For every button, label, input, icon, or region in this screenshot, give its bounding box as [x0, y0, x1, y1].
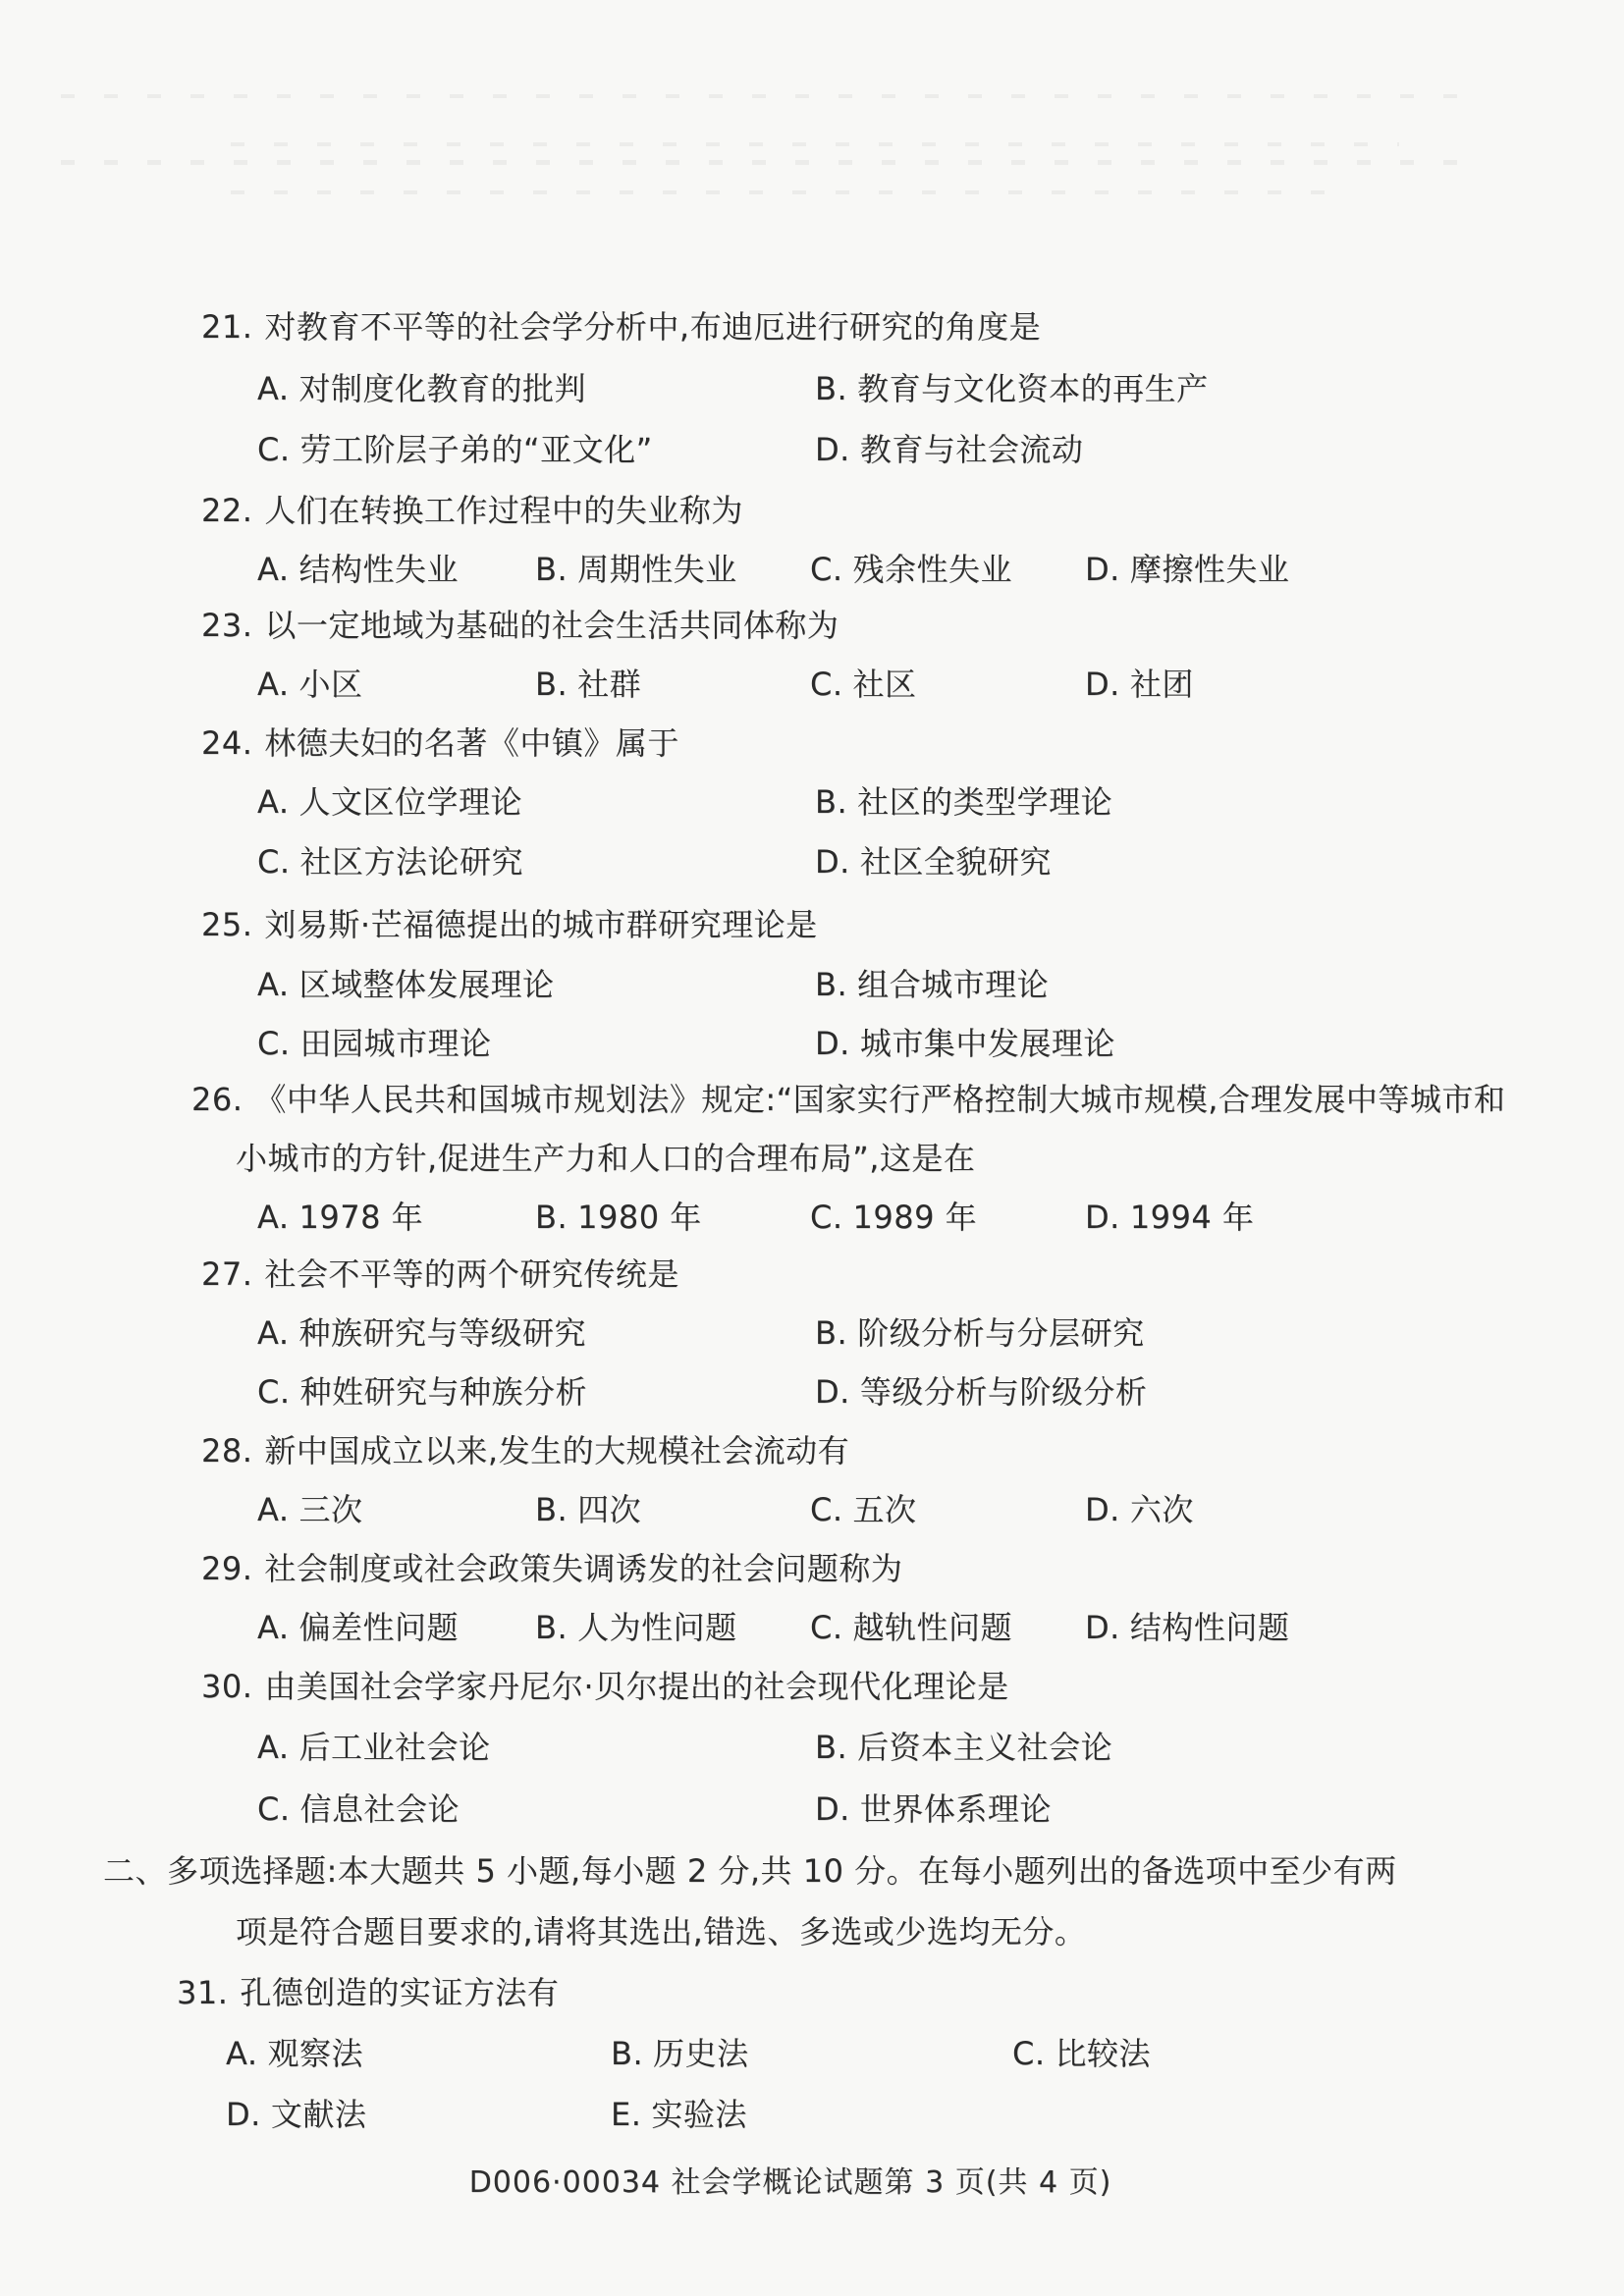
question-23-option-c: C.社区: [810, 665, 917, 704]
option-label: C.: [257, 431, 291, 468]
scan-noise: [61, 160, 1475, 165]
option-label: C.: [1012, 2035, 1046, 2072]
option-text: 后资本主义社会论: [857, 1729, 1112, 1766]
question-30: 30.由美国社会学家丹尼尔·贝尔提出的社会现代化理论是: [201, 1667, 1009, 1706]
question-28-option-d: D.六次: [1085, 1490, 1194, 1529]
question-30-option-b: B.后资本主义社会论: [815, 1728, 1112, 1767]
option-text: 结构性问题: [1130, 1609, 1290, 1646]
question-26-option-a: A.1978 年: [257, 1198, 423, 1237]
question-27-number: 27.: [201, 1255, 252, 1293]
option-text: 1989 年: [853, 1199, 978, 1236]
option-label: B.: [611, 2035, 643, 2072]
option-text: 残余性失业: [853, 551, 1013, 588]
option-label: A.: [257, 551, 290, 588]
question-29-number: 29.: [201, 1550, 252, 1587]
question-22-option-d: D.摩擦性失业: [1085, 550, 1289, 589]
question-23: 23.以一定地域为基础的社会生活共同体称为: [201, 606, 839, 645]
option-label: B.: [815, 1729, 847, 1766]
question-25-option-c: C.田园城市理论: [257, 1024, 492, 1063]
option-text: 区域整体发展理论: [299, 966, 555, 1003]
option-text: 结构性失业: [299, 551, 460, 588]
option-text: 偏差性问题: [299, 1609, 460, 1646]
question-30-option-a: A.后工业社会论: [257, 1728, 491, 1767]
section2-heading-line1: 二、多项选择题:本大题共 5 小题,每小题 2 分,共 10 分。在每小题列出的…: [103, 1851, 1397, 1891]
option-label: A.: [257, 783, 290, 821]
question-30-number: 30.: [201, 1668, 252, 1705]
question-25-option-b: B.组合城市理论: [815, 965, 1049, 1004]
question-26: 26.《中华人民共和国城市规划法》规定:“国家实行严格控制大城市规模,合理发展中…: [191, 1080, 1505, 1119]
option-text: 社区方法论研究: [300, 843, 524, 881]
question-21: 21.对教育不平等的社会学分析中,布迪厄进行研究的角度是: [201, 307, 1041, 347]
option-label: C.: [810, 1609, 843, 1646]
option-label: D.: [226, 2096, 261, 2133]
option-label: B.: [535, 1199, 568, 1236]
option-text: 对制度化教育的批判: [299, 370, 587, 407]
option-label: C.: [810, 666, 843, 703]
option-text: 田园城市理论: [300, 1025, 492, 1062]
question-31: 31.孔德创造的实证方法有: [177, 1973, 559, 2012]
question-24-number: 24.: [201, 724, 252, 762]
question-24-option-d: D.社区全貌研究: [815, 842, 1052, 881]
option-text: 信息社会论: [300, 1790, 460, 1828]
section2-heading-line2: 项是符合题目要求的,请将其选出,错选、多选或少选均无分。: [236, 1912, 1086, 1951]
option-label: B.: [535, 666, 568, 703]
option-text: 种姓研究与种族分析: [300, 1373, 588, 1411]
question-24: 24.林德夫妇的名著《中镇》属于: [201, 723, 679, 763]
question-25-option-a: A.区域整体发展理论: [257, 965, 555, 1004]
option-label: A.: [257, 1491, 290, 1528]
question-29: 29.社会制度或社会政策失调诱发的社会问题称为: [201, 1549, 902, 1588]
exam-page: 21.对教育不平等的社会学分析中,布迪厄进行研究的角度是 A.对制度化教育的批判…: [0, 0, 1624, 2296]
option-text: 观察法: [268, 2035, 364, 2072]
question-24-option-c: C.社区方法论研究: [257, 842, 523, 881]
question-29-option-c: C.越轨性问题: [810, 1608, 1012, 1647]
option-label: D.: [815, 1025, 850, 1062]
question-22-text: 人们在转换工作过程中的失业称为: [264, 492, 743, 529]
option-text: 劳工阶层子弟的“亚文化”: [300, 431, 653, 468]
page-footer: D006·00034 社会学概论试题第 3 页(共 4 页): [0, 2158, 1602, 2201]
option-text: 后工业社会论: [299, 1729, 491, 1766]
question-31-option-a: A.观察法: [226, 2034, 363, 2073]
question-24-text: 林德夫妇的名著《中镇》属于: [264, 724, 679, 762]
option-text: 社团: [1130, 666, 1194, 703]
option-text: 教育与社会流动: [860, 431, 1084, 468]
option-text: 六次: [1130, 1491, 1194, 1528]
option-label: C.: [810, 551, 843, 588]
question-29-text: 社会制度或社会政策失调诱发的社会问题称为: [264, 1550, 902, 1587]
option-label: C.: [257, 843, 291, 881]
option-text: 小区: [299, 666, 363, 703]
question-29-option-b: B.人为性问题: [535, 1608, 737, 1647]
option-label: B.: [815, 370, 847, 407]
option-text: 比较法: [1056, 2035, 1152, 2072]
question-22-number: 22.: [201, 492, 252, 529]
scan-noise: [231, 142, 1399, 146]
option-label: B.: [535, 1491, 568, 1528]
question-21-number: 21.: [201, 308, 252, 346]
question-21-text: 对教育不平等的社会学分析中,布迪厄进行研究的角度是: [264, 308, 1041, 346]
option-label: A.: [257, 1609, 290, 1646]
option-text: 周期性失业: [577, 551, 737, 588]
option-text: 世界体系理论: [860, 1790, 1052, 1828]
option-label: C.: [257, 1025, 291, 1062]
question-30-text: 由美国社会学家丹尼尔·贝尔提出的社会现代化理论是: [264, 1668, 1008, 1705]
question-21-option-c: C.劳工阶层子弟的“亚文化”: [257, 430, 653, 469]
question-22: 22.人们在转换工作过程中的失业称为: [201, 491, 743, 530]
question-26-option-b: B.1980 年: [535, 1198, 702, 1237]
option-text: 实验法: [651, 2096, 747, 2133]
question-30-option-c: C.信息社会论: [257, 1789, 460, 1829]
option-label: A.: [257, 370, 290, 407]
question-31-option-d: D.文献法: [226, 2095, 366, 2134]
option-text: 城市集中发展理论: [860, 1025, 1115, 1062]
option-label: D.: [1085, 551, 1120, 588]
option-label: C.: [257, 1790, 291, 1828]
question-31-option-c: C.比较法: [1012, 2034, 1151, 2073]
question-29-option-a: A.偏差性问题: [257, 1608, 459, 1647]
question-21-option-d: D.教育与社会流动: [815, 430, 1083, 469]
question-31-option-e: E.实验法: [611, 2095, 747, 2134]
question-26-option-d: D.1994 年: [1085, 1198, 1254, 1237]
option-label: B.: [535, 1609, 568, 1646]
option-text: 社群: [577, 666, 641, 703]
option-label: A.: [257, 966, 290, 1003]
option-label: C.: [810, 1199, 843, 1236]
question-28: 28.新中国成立以来,发生的大规模社会流动有: [201, 1431, 849, 1470]
question-25: 25.刘易斯·芒福德提出的城市群研究理论是: [201, 905, 818, 944]
option-label: A.: [226, 2035, 258, 2072]
option-label: B.: [535, 551, 568, 588]
question-27-option-a: A.种族研究与等级研究: [257, 1313, 586, 1353]
option-text: 历史法: [653, 2035, 749, 2072]
option-text: 阶级分析与分层研究: [857, 1314, 1145, 1352]
question-28-option-b: B.四次: [535, 1490, 641, 1529]
question-28-text: 新中国成立以来,发生的大规模社会流动有: [264, 1432, 849, 1469]
question-26-option-c: C.1989 年: [810, 1198, 977, 1237]
option-label: B.: [815, 1314, 847, 1352]
question-30-option-d: D.世界体系理论: [815, 1789, 1052, 1829]
option-text: 1980 年: [577, 1199, 702, 1236]
question-22-option-c: C.残余性失业: [810, 550, 1012, 589]
question-24-option-b: B.社区的类型学理论: [815, 782, 1112, 822]
option-label: D.: [1085, 1609, 1120, 1646]
question-28-option-a: A.三次: [257, 1490, 363, 1529]
option-label: D.: [1085, 666, 1120, 703]
option-label: A.: [257, 666, 290, 703]
option-text: 种族研究与等级研究: [299, 1314, 587, 1352]
option-text: 人为性问题: [577, 1609, 737, 1646]
scan-noise: [61, 94, 1475, 98]
option-label: E.: [611, 2096, 641, 2133]
question-27-option-d: D.等级分析与阶级分析: [815, 1372, 1147, 1412]
option-text: 1978 年: [299, 1199, 424, 1236]
question-21-option-b: B.教育与文化资本的再生产: [815, 369, 1209, 408]
option-text: 等级分析与阶级分析: [860, 1373, 1148, 1411]
option-label: D.: [815, 843, 850, 881]
question-23-option-b: B.社群: [535, 665, 641, 704]
question-23-text: 以一定地域为基础的社会生活共同体称为: [264, 607, 839, 644]
option-label: C.: [257, 1373, 291, 1411]
question-27: 27.社会不平等的两个研究传统是: [201, 1255, 679, 1294]
question-27-option-c: C.种姓研究与种族分析: [257, 1372, 587, 1412]
option-label: A.: [257, 1199, 290, 1236]
scan-noise: [231, 190, 1350, 194]
option-text: 社区: [853, 666, 917, 703]
question-27-text: 社会不平等的两个研究传统是: [264, 1255, 679, 1293]
question-31-text: 孔德创造的实证方法有: [240, 1974, 559, 2011]
question-26-text-line1: 《中华人民共和国城市规划法》规定:“国家实行严格控制大城市规模,合理发展中等城市…: [254, 1081, 1505, 1118]
question-31-number: 31.: [177, 1974, 228, 2011]
option-label: D.: [1085, 1491, 1120, 1528]
question-28-option-c: C.五次: [810, 1490, 917, 1529]
option-text: 社区的类型学理论: [857, 783, 1112, 821]
question-23-option-a: A.小区: [257, 665, 363, 704]
question-24-option-a: A.人文区位学理论: [257, 782, 522, 822]
question-31-option-b: B.历史法: [611, 2034, 749, 2073]
question-23-option-d: D.社团: [1085, 665, 1194, 704]
option-label: A.: [257, 1729, 290, 1766]
option-label: B.: [815, 783, 847, 821]
option-text: 五次: [853, 1491, 917, 1528]
option-text: 社区全貌研究: [860, 843, 1052, 881]
option-label: B.: [815, 966, 847, 1003]
option-label: D.: [1085, 1199, 1120, 1236]
option-label: C.: [810, 1491, 843, 1528]
option-text: 四次: [577, 1491, 641, 1528]
question-23-number: 23.: [201, 607, 252, 644]
question-22-option-a: A.结构性失业: [257, 550, 459, 589]
option-text: 三次: [299, 1491, 363, 1528]
question-27-option-b: B.阶级分析与分层研究: [815, 1313, 1145, 1353]
option-label: D.: [815, 431, 850, 468]
question-25-option-d: D.城市集中发展理论: [815, 1024, 1115, 1063]
option-text: 组合城市理论: [857, 966, 1049, 1003]
option-text: 1994 年: [1130, 1199, 1255, 1236]
question-25-number: 25.: [201, 906, 252, 943]
option-text: 教育与文化资本的再生产: [857, 370, 1209, 407]
option-label: A.: [257, 1314, 290, 1352]
footer-text: D006·00034 社会学概论试题第 3 页(共 4 页): [469, 2165, 1112, 2200]
question-29-option-d: D.结构性问题: [1085, 1608, 1289, 1647]
question-25-text: 刘易斯·芒福德提出的城市群研究理论是: [264, 906, 817, 943]
question-22-option-b: B.周期性失业: [535, 550, 737, 589]
option-text: 越轨性问题: [853, 1609, 1013, 1646]
question-26-number: 26.: [191, 1081, 243, 1118]
option-label: D.: [815, 1373, 850, 1411]
option-label: D.: [815, 1790, 850, 1828]
question-28-number: 28.: [201, 1432, 252, 1469]
question-26-text-line2: 小城市的方针,促进生产力和人口的合理布局”,这是在: [236, 1139, 975, 1178]
option-text: 摩擦性失业: [1130, 551, 1290, 588]
option-text: 文献法: [271, 2096, 367, 2133]
question-21-option-a: A.对制度化教育的批判: [257, 369, 586, 408]
option-text: 人文区位学理论: [299, 783, 523, 821]
